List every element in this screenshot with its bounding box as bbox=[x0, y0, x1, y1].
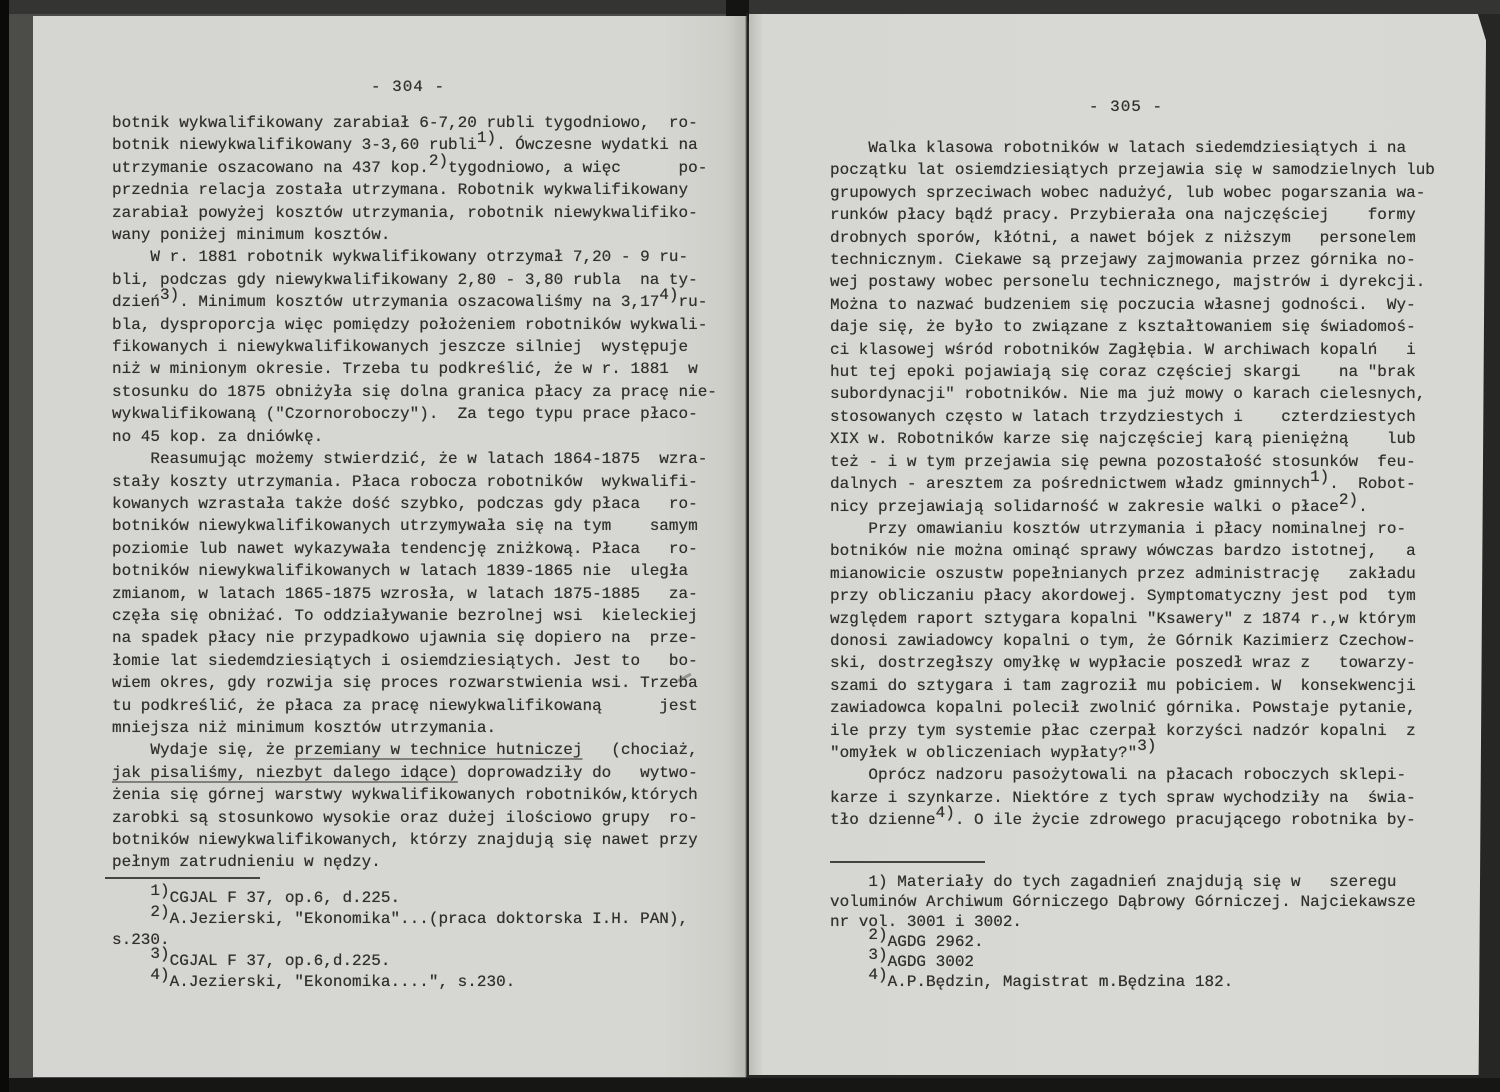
text-line: runków płacy bądź pracy. Przybierała ona… bbox=[830, 204, 1435, 226]
text-line: 4)A.Jezierski, "Ekonomika....", s.230. bbox=[112, 972, 688, 993]
text-line: początku lat osiemdziesiątych przejawia … bbox=[830, 159, 1435, 181]
text-line: Reasumując możemy stwierdzić, że w latac… bbox=[112, 448, 717, 470]
text-line: utrzymanie oszacowano na 437 kop.2)tygod… bbox=[112, 157, 717, 179]
text-line: stały koszty utrzymania. Płaca robocza r… bbox=[112, 471, 717, 493]
text-line: botnik wykwalifikowany zarabiał 6-7,20 r… bbox=[112, 112, 717, 134]
text-line: subordynacji" robotników. Nie ma już mow… bbox=[830, 383, 1435, 405]
text-line: 2)A.Jezierski, "Ekonomika"...(praca dokt… bbox=[112, 909, 688, 930]
text-line: botników niewykwalifikowanych utrzymywał… bbox=[112, 515, 717, 537]
text-line: s.230. bbox=[112, 930, 688, 951]
text-line: donosi zawiadowcy kopalni o tym, że Górn… bbox=[830, 630, 1435, 652]
text-line: botników niewykwalifikowanych, którzy zn… bbox=[112, 829, 717, 851]
page-number-left: - 304 - bbox=[112, 78, 704, 96]
text-line: przy obliczaniu płacy akordowej. Symptom… bbox=[830, 585, 1435, 607]
page-left: - 304 - botnik wykwalifikowany zarabiał … bbox=[33, 16, 747, 1077]
text-line: tu podkreślić, że płaca za pracę niewykw… bbox=[112, 695, 717, 717]
footnote-separator-right bbox=[830, 861, 985, 863]
text-line: botników nie można ominąć sprawy wówczas… bbox=[830, 540, 1435, 562]
scan-edge-bottom bbox=[0, 1078, 1500, 1092]
text-line: stosowanych często w latach trzydziestyc… bbox=[830, 406, 1435, 428]
text-line: daje się, że było to związane z kształto… bbox=[830, 316, 1435, 338]
text-line: na spadek płacy nie przypadkowo ujawnia … bbox=[112, 627, 717, 649]
text-line: nr vol. 3001 i 3002. bbox=[830, 912, 1416, 932]
text-line: jak pisaliśmy, niezbyt dalego idące) dop… bbox=[112, 762, 717, 784]
text-line: żenia się górnej warstwy wykwalifikowany… bbox=[112, 784, 717, 806]
text-line: ski, dostrzegłszy omyłkę w wypłacie posz… bbox=[830, 652, 1435, 674]
text-line: bla, dysproporcja więc pomiędzy położeni… bbox=[112, 314, 717, 336]
page-number-right: - 305 - bbox=[830, 98, 1422, 116]
text-line: Można to nazwać budzeniem się poczucia w… bbox=[830, 294, 1435, 316]
text-line: wiem okres, gdy rozwija się proces rozwa… bbox=[112, 672, 717, 694]
text-line: Przy omawianiu kosztów utrzymania i płac… bbox=[830, 518, 1435, 540]
text-line: 3)AGDG 3002 bbox=[830, 952, 1416, 972]
text-line: łomie lat siedemdziesiątych i osiemdzies… bbox=[112, 650, 717, 672]
text-line: 1) Materiały do tych zagadnień znajdują … bbox=[830, 872, 1416, 892]
book-gutter bbox=[745, 13, 749, 1078]
text-line: względem raport sztygara kopalni "Ksawer… bbox=[830, 608, 1435, 630]
book-scan: - 304 - botnik wykwalifikowany zarabiał … bbox=[0, 0, 1500, 1092]
text-line: XIX w. Robotników karze się najczęściej … bbox=[830, 428, 1435, 450]
text-line: ci klasowej wśród robotników Zagłębia. W… bbox=[830, 339, 1435, 361]
text-line: no 45 kop. za dniówkę. bbox=[112, 426, 717, 448]
text-line: W r. 1881 robotnik wykwalifikowany otrzy… bbox=[112, 246, 717, 268]
text-line: zarobki są stosunkowo wysokie oraz dużej… bbox=[112, 807, 717, 829]
text-line: częła się obniżać. To oddziaływanie bezr… bbox=[112, 605, 717, 627]
text-line: fikowanych i niewykwalifikowanych jeszcz… bbox=[112, 336, 717, 358]
text-line: grupowych sprzeciwach wobec nadużyć, lub… bbox=[830, 182, 1435, 204]
text-line: 1)CGJAL F 37, op.6, d.225. bbox=[112, 888, 688, 909]
text-line: tło dzienne4). O ile życie zdrowego prac… bbox=[830, 809, 1435, 831]
text-line: nicy przejawiają solidarność w zakresie … bbox=[830, 496, 1435, 518]
text-line: 3)CGJAL F 37, op.6,d.225. bbox=[112, 951, 688, 972]
text-line: 4)A.P.Będzin, Magistrat m.Będzina 182. bbox=[830, 972, 1416, 992]
text-line: voluminów Archiwum Górniczego Dąbrowy Gó… bbox=[830, 892, 1416, 912]
text-line: pełnym zatrudnieniu w nędzy. bbox=[112, 851, 717, 873]
text-line: zarabiał powyżej kosztów utrzymania, rob… bbox=[112, 202, 717, 224]
text-line: Walka klasowa robotników w latach siedem… bbox=[830, 137, 1435, 159]
text-line: stosunku do 1875 obniżyła się dolna gran… bbox=[112, 381, 717, 403]
text-line: ile przy tym systemie płac czerpał korzy… bbox=[830, 720, 1435, 742]
text-line: kowanych wzrastała także dość szybko, po… bbox=[112, 493, 717, 515]
text-line: szami do sztygara i tam zagroził mu pobi… bbox=[830, 675, 1435, 697]
text-line: hut tej epoki pojawiają się coraz części… bbox=[830, 361, 1435, 383]
text-line: mianowicie oszustw popełnianych przez ad… bbox=[830, 563, 1435, 585]
text-line: botników niewykwalifikowanych w latach 1… bbox=[112, 560, 717, 582]
text-line: karze i szynkarze. Niektóre z tych spraw… bbox=[830, 787, 1435, 809]
text-line: botnik niewykwalifikowany 3-3,60 rubli1)… bbox=[112, 134, 717, 156]
text-line: Oprócz nadzoru pasożytowali na płacach r… bbox=[830, 764, 1435, 786]
footnotes-left: 1)CGJAL F 37, op.6, d.225. 2)A.Jezierski… bbox=[112, 888, 688, 993]
text-line: bli, podczas gdy niewykwalifikowany 2,80… bbox=[112, 269, 717, 291]
page-body-right: Walka klasowa robotników w latach siedem… bbox=[830, 137, 1435, 832]
text-line: 2)AGDG 2962. bbox=[830, 932, 1416, 952]
text-line: wany poniżej minimum kosztów. bbox=[112, 224, 717, 246]
text-line: zawiadowca kopalni polecił zwolnić górni… bbox=[830, 697, 1435, 719]
scan-edge-left bbox=[0, 0, 9, 1092]
text-line: "omyłek w obliczeniach wypłaty?"3) bbox=[830, 742, 1435, 764]
text-line: też - i w tym przejawia się pewna pozost… bbox=[830, 451, 1435, 473]
text-line: drobnych sporów, kłótni, a nawet bójek z… bbox=[830, 227, 1435, 249]
footnotes-right: 1) Materiały do tych zagadnień znajdują … bbox=[830, 872, 1416, 992]
text-line: wej postawy wobec personelu technicznego… bbox=[830, 271, 1435, 293]
footnote-separator-left bbox=[105, 877, 260, 879]
text-line: niż w minionym okresie. Trzeba tu podkre… bbox=[112, 358, 717, 380]
text-line: zmianom, w latach 1865-1875 wzrosła, w l… bbox=[112, 583, 717, 605]
text-line: wykwalifikowaną ("Czornoroboczy"). Za te… bbox=[112, 403, 717, 425]
page-right: - 305 - Walka klasowa robotników w latac… bbox=[749, 14, 1486, 1075]
text-line: dzień3). Minimum kosztów utrzymania osza… bbox=[112, 291, 717, 313]
text-line: technicznym. Ciekawe są przejawy zajmowa… bbox=[830, 249, 1435, 271]
text-line: mniejsza niż minimum kosztów utrzymania. bbox=[112, 717, 717, 739]
page-body-left: botnik wykwalifikowany zarabiał 6-7,20 r… bbox=[112, 112, 717, 874]
text-line: Wydaje się, że przemiany w technice hutn… bbox=[112, 739, 717, 761]
text-line: poziomie lub nawet wykazywała tendencję … bbox=[112, 538, 717, 560]
scan-edge-top bbox=[0, 0, 1500, 14]
text-line: przednia relacja została utrzymana. Robo… bbox=[112, 179, 717, 201]
